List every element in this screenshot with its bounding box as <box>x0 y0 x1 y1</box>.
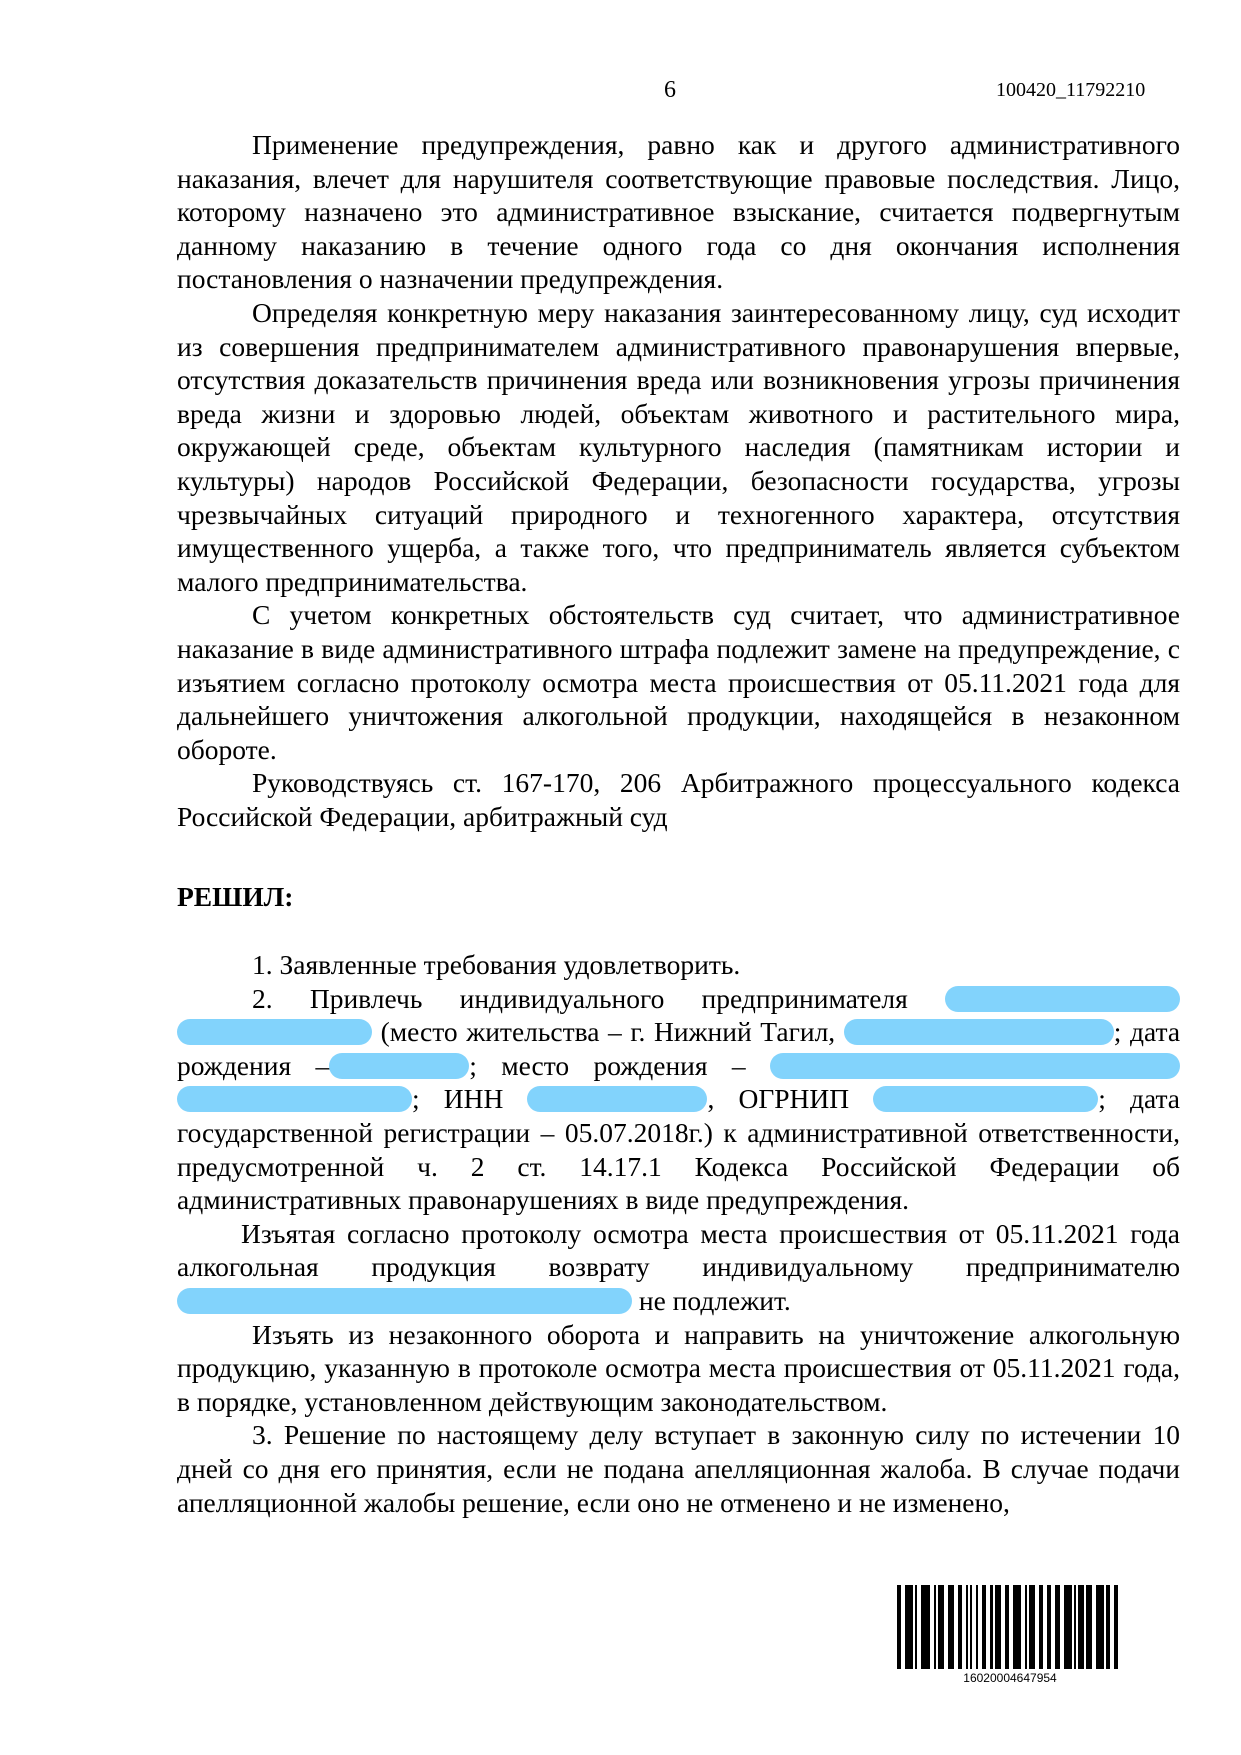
redaction-ogrnip <box>873 1086 1098 1112</box>
redaction-name <box>945 986 1180 1012</box>
item2-text-1: 2. Привлечь индивидуального предпринимат… <box>252 983 908 1014</box>
item2-text-7: , ОГРНИП <box>707 1083 849 1114</box>
decision-item-2: 2. Привлечь индивидуального предпринимат… <box>177 982 1180 1217</box>
page-number: 6 <box>664 74 676 106</box>
paragraph-legal-basis: Руководствуясь ст. 167-170, 206 Арбитраж… <box>177 766 1180 833</box>
redaction-inn <box>527 1086 707 1112</box>
redaction-name-cont <box>177 1019 372 1045</box>
redaction-address <box>844 1019 1114 1045</box>
decision-item-1: 1. Заявленные требования удовлетворить. <box>177 948 1180 982</box>
barcode-number: 16020004647954 <box>897 1670 1123 1686</box>
paragraph-seize-destroy: Изъять из незаконного оборота и направит… <box>177 1318 1180 1419</box>
item2-text-2: (место жительства – г. Нижний Тагил, <box>381 1016 836 1047</box>
returned-text-1: Изъятая согласно протоколу осмотра места… <box>177 1218 1180 1283</box>
paragraph-penalty-replacement: С учетом конкретных обстоятельств суд сч… <box>177 598 1180 766</box>
paragraph-warning-consequences: Применение предупреждения, равно как и д… <box>177 128 1180 296</box>
item2-text-6: ; ИНН <box>412 1083 503 1114</box>
barcode <box>897 1585 1123 1669</box>
redaction-birth-date <box>329 1053 469 1079</box>
redaction-entrepreneur-name <box>177 1288 632 1314</box>
returned-text-2: не подлежит. <box>639 1285 791 1316</box>
redaction-birth-place-cont <box>177 1086 412 1112</box>
decision-item-3: 3. Решение по настоящему делу вступает в… <box>177 1418 1180 1519</box>
document-id: 100420_11792210 <box>996 74 1145 106</box>
item2-text-5: ; место рождения – <box>469 1050 745 1081</box>
document-body: Применение предупреждения, равно как и д… <box>177 128 1180 1519</box>
decision-heading: РЕШИЛ: <box>177 880 1180 914</box>
paragraph-product-not-returned: Изъятая согласно протоколу осмотра места… <box>177 1217 1180 1318</box>
redaction-birth-place <box>770 1053 1180 1079</box>
paragraph-penalty-reasoning: Определяя конкретную меру наказания заин… <box>177 296 1180 598</box>
item2-text-3: ; <box>1114 1016 1122 1047</box>
